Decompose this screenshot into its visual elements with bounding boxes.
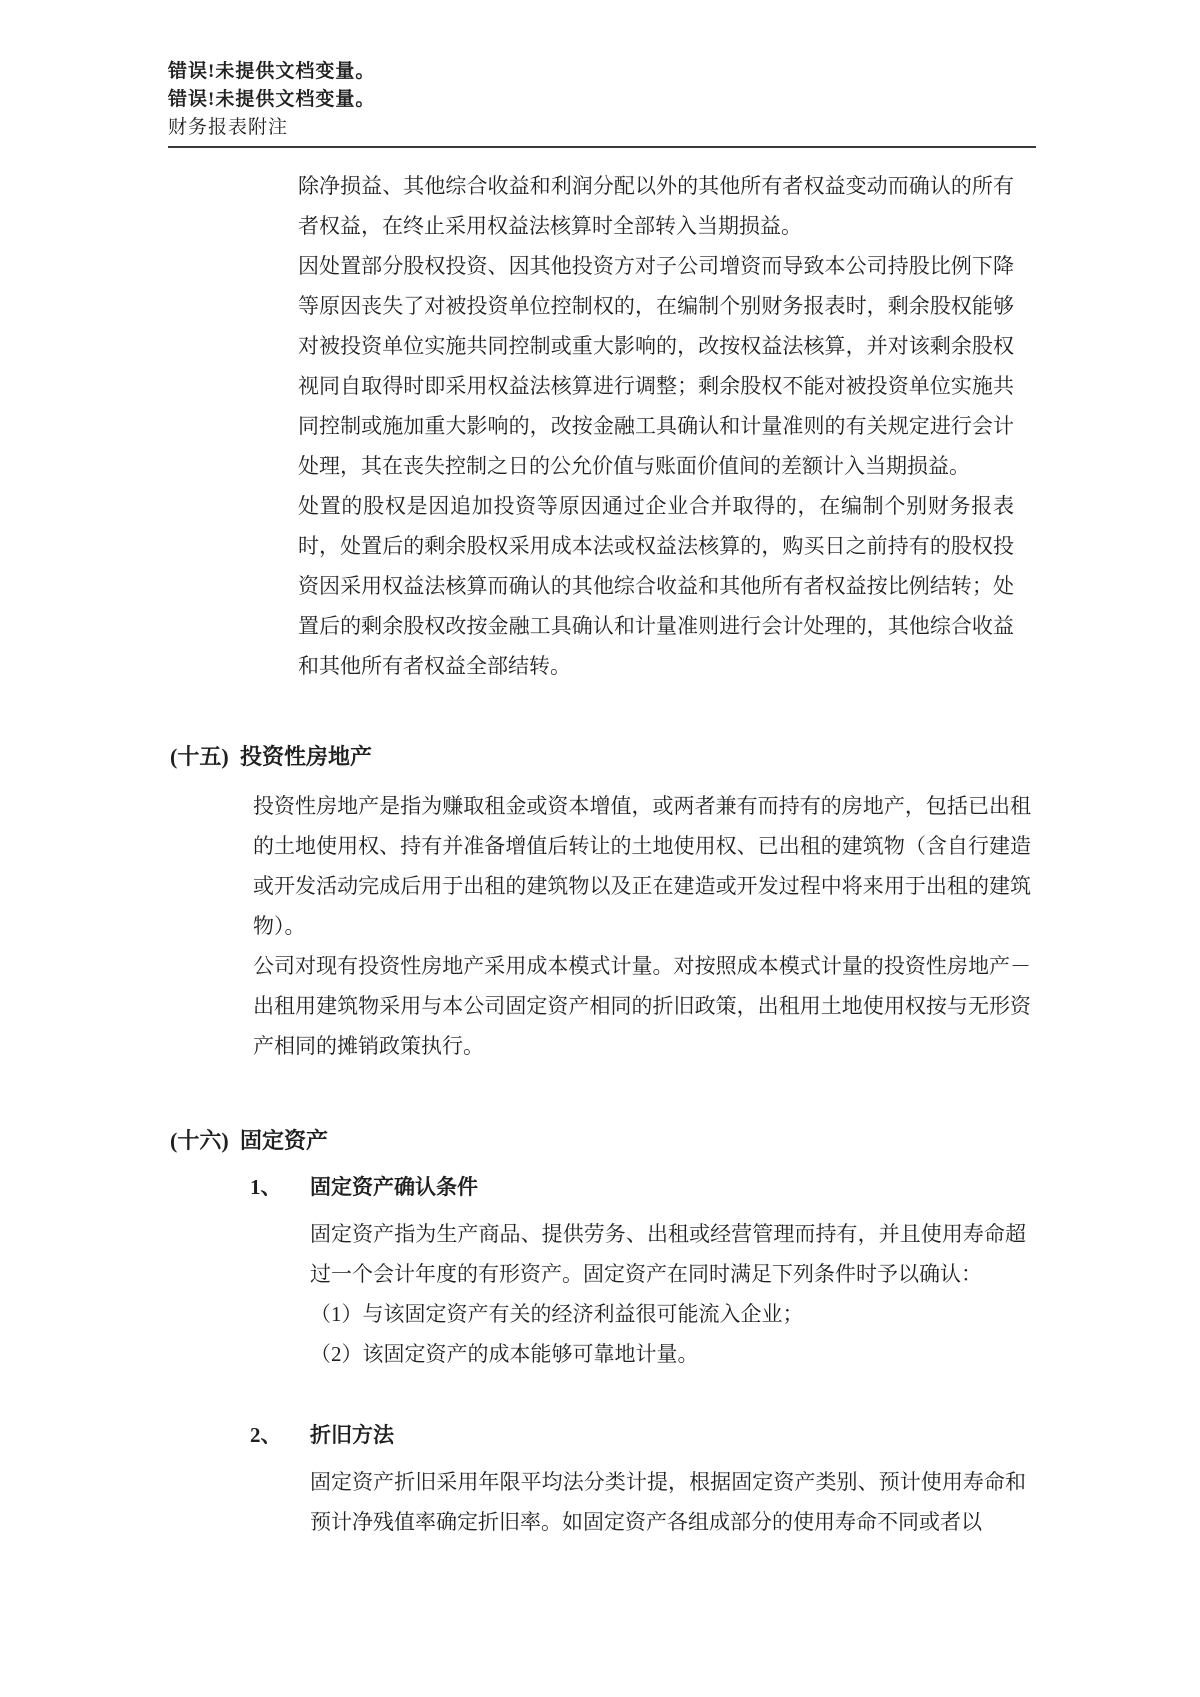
- paragraph-fixed-asset-definition: 固定资产指为生产商品、提供劳务、出租或经营管理而持有，并且使用寿命超过一个会计年…: [310, 1214, 1026, 1294]
- paragraph-disposal-business-combination: 处置的股权是因追加投资等原因通过企业合并取得的，在编制个别财务报表时，处置后的剩…: [298, 486, 1014, 686]
- header-subtitle: 财务报表附注: [168, 114, 1036, 142]
- page-header: 错误!未提供文档变量。 错误!未提供文档变量。 财务报表附注: [0, 0, 1036, 142]
- header-divider: [168, 146, 1036, 148]
- paragraph-investment-property-definition: 投资性房地产是指为赚取租金或资本增值，或两者兼有而持有的房地产，包括已出租的土地…: [253, 786, 1031, 946]
- intro-paragraphs: 除净损益、其他综合收益和利润分配以外的其他所有者权益变动而确认的所有者权益，在终…: [298, 166, 1014, 686]
- subsection-1-body: 固定资产指为生产商品、提供劳务、出租或经营管理而持有，并且使用寿命超过一个会计年…: [310, 1214, 1026, 1374]
- subsection-2-title: 折旧方法: [310, 1420, 394, 1450]
- section-16-heading: (十六) 固定资产: [0, 1126, 1200, 1156]
- paragraph-investment-property-cost-model: 公司对现有投资性房地产采用成本模式计量。对按照成本模式计量的投资性房地产－出租用…: [253, 946, 1031, 1066]
- fixed-asset-condition-2: （2）该固定资产的成本能够可靠地计量。: [310, 1334, 1026, 1374]
- header-error-line-1: 错误!未提供文档变量。: [168, 58, 1036, 86]
- section-15-heading: (十五) 投资性房地产: [0, 742, 1200, 772]
- subsection-2-body: 固定资产折旧采用年限平均法分类计提，根据固定资产类别、预计使用寿命和预计净残值率…: [310, 1462, 1026, 1542]
- subsection-1-number: 1、: [250, 1172, 310, 1202]
- fixed-asset-condition-1: （1）与该固定资产有关的经济利益很可能流入企业；: [310, 1294, 1026, 1334]
- section-15-number: (十五): [170, 742, 240, 772]
- subsection-2-number: 2、: [250, 1420, 310, 1450]
- paragraph-depreciation-method: 固定资产折旧采用年限平均法分类计提，根据固定资产类别、预计使用寿命和预计净残值率…: [310, 1462, 1026, 1542]
- section-15-body: 投资性房地产是指为赚取租金或资本增值，或两者兼有而持有的房地产，包括已出租的土地…: [253, 786, 1031, 1066]
- section-16-number: (十六): [170, 1126, 240, 1156]
- paragraph-loss-of-control: 因处置部分股权投资、因其他投资方对子公司增资而导致本公司持股比例下降等原因丧失了…: [298, 246, 1014, 486]
- paragraph-equity-other-changes: 除净损益、其他综合收益和利润分配以外的其他所有者权益变动而确认的所有者权益，在终…: [298, 166, 1014, 246]
- subsection-2-heading: 2、 折旧方法: [0, 1420, 1200, 1450]
- subsection-1-title: 固定资产确认条件: [310, 1172, 478, 1202]
- subsection-1-heading: 1、 固定资产确认条件: [0, 1172, 1200, 1202]
- section-16-title: 固定资产: [240, 1126, 328, 1156]
- document-page: 错误!未提供文档变量。 错误!未提供文档变量。 财务报表附注 除净损益、其他综合…: [0, 0, 1200, 1697]
- header-error-line-2: 错误!未提供文档变量。: [168, 86, 1036, 114]
- section-15-title: 投资性房地产: [240, 742, 372, 772]
